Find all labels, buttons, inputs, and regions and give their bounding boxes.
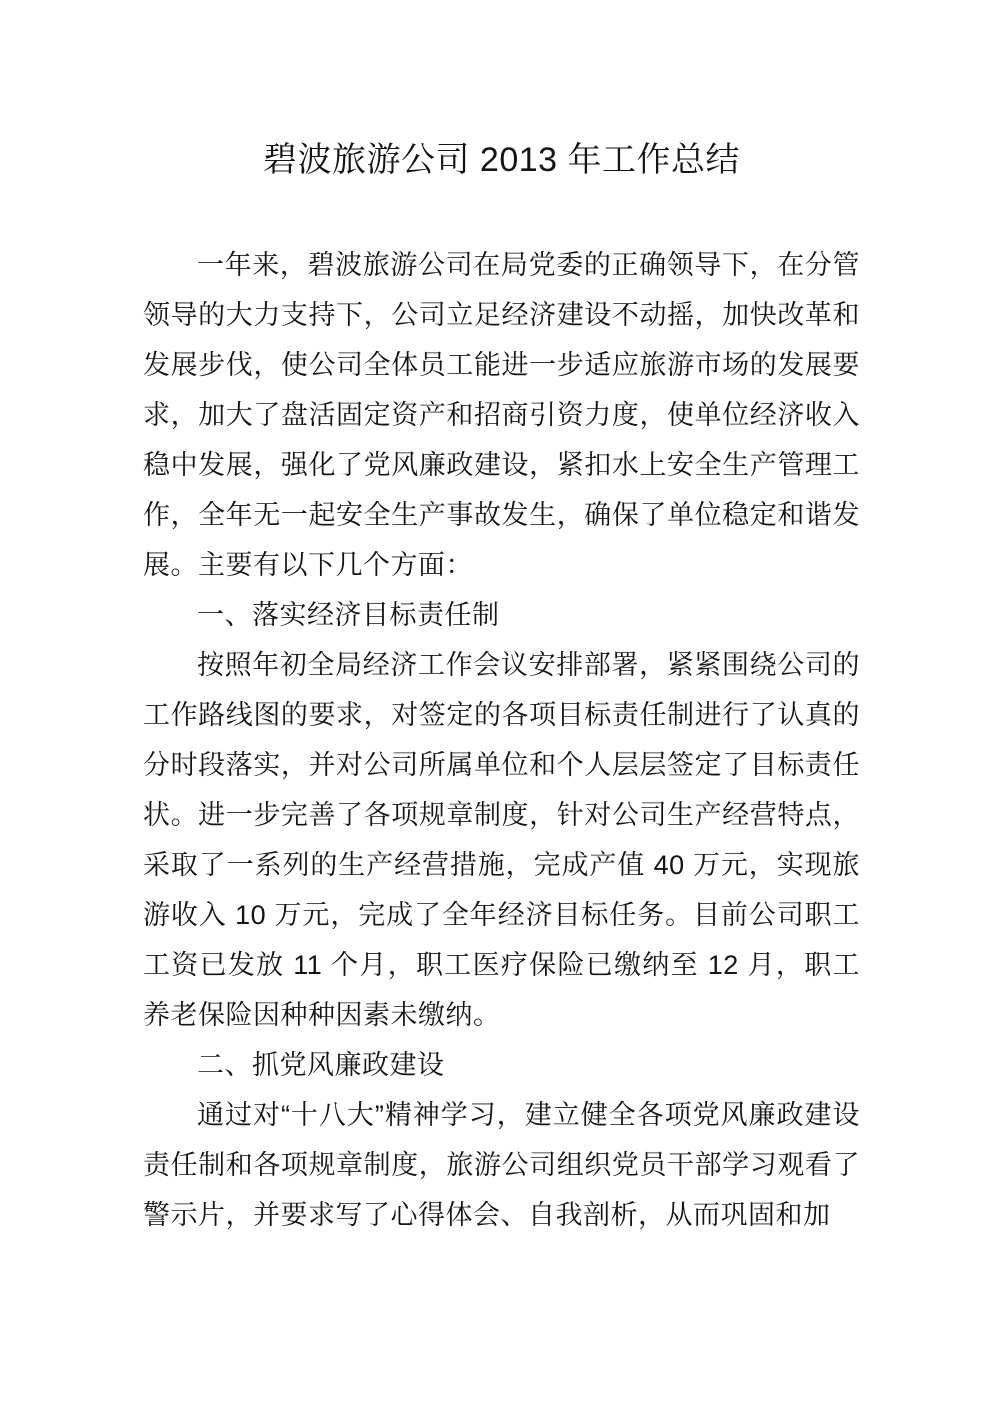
- section-1-heading: 一、落实经济目标责任制: [143, 590, 860, 640]
- section-2-heading: 二、抓党风廉政建设: [143, 1040, 860, 1090]
- section-1-paragraph: 按照年初全局经济工作会议安排部署，紧紧围绕公司的工作路线图的要求，对签定的各项目…: [143, 640, 860, 1040]
- document-page: 碧波旅游公司 2013 年工作总结 一年来，碧波旅游公司在局党委的正确领导下，在…: [0, 0, 1000, 1415]
- intro-paragraph: 一年来，碧波旅游公司在局党委的正确领导下，在分管领导的大力支持下，公司立足经济建…: [143, 240, 860, 590]
- document-title: 碧波旅游公司 2013 年工作总结: [143, 136, 860, 184]
- section-2-paragraph: 通过对“十八大”精神学习，建立健全各项党风廉政建设责任制和各项规章制度，旅游公司…: [143, 1090, 860, 1240]
